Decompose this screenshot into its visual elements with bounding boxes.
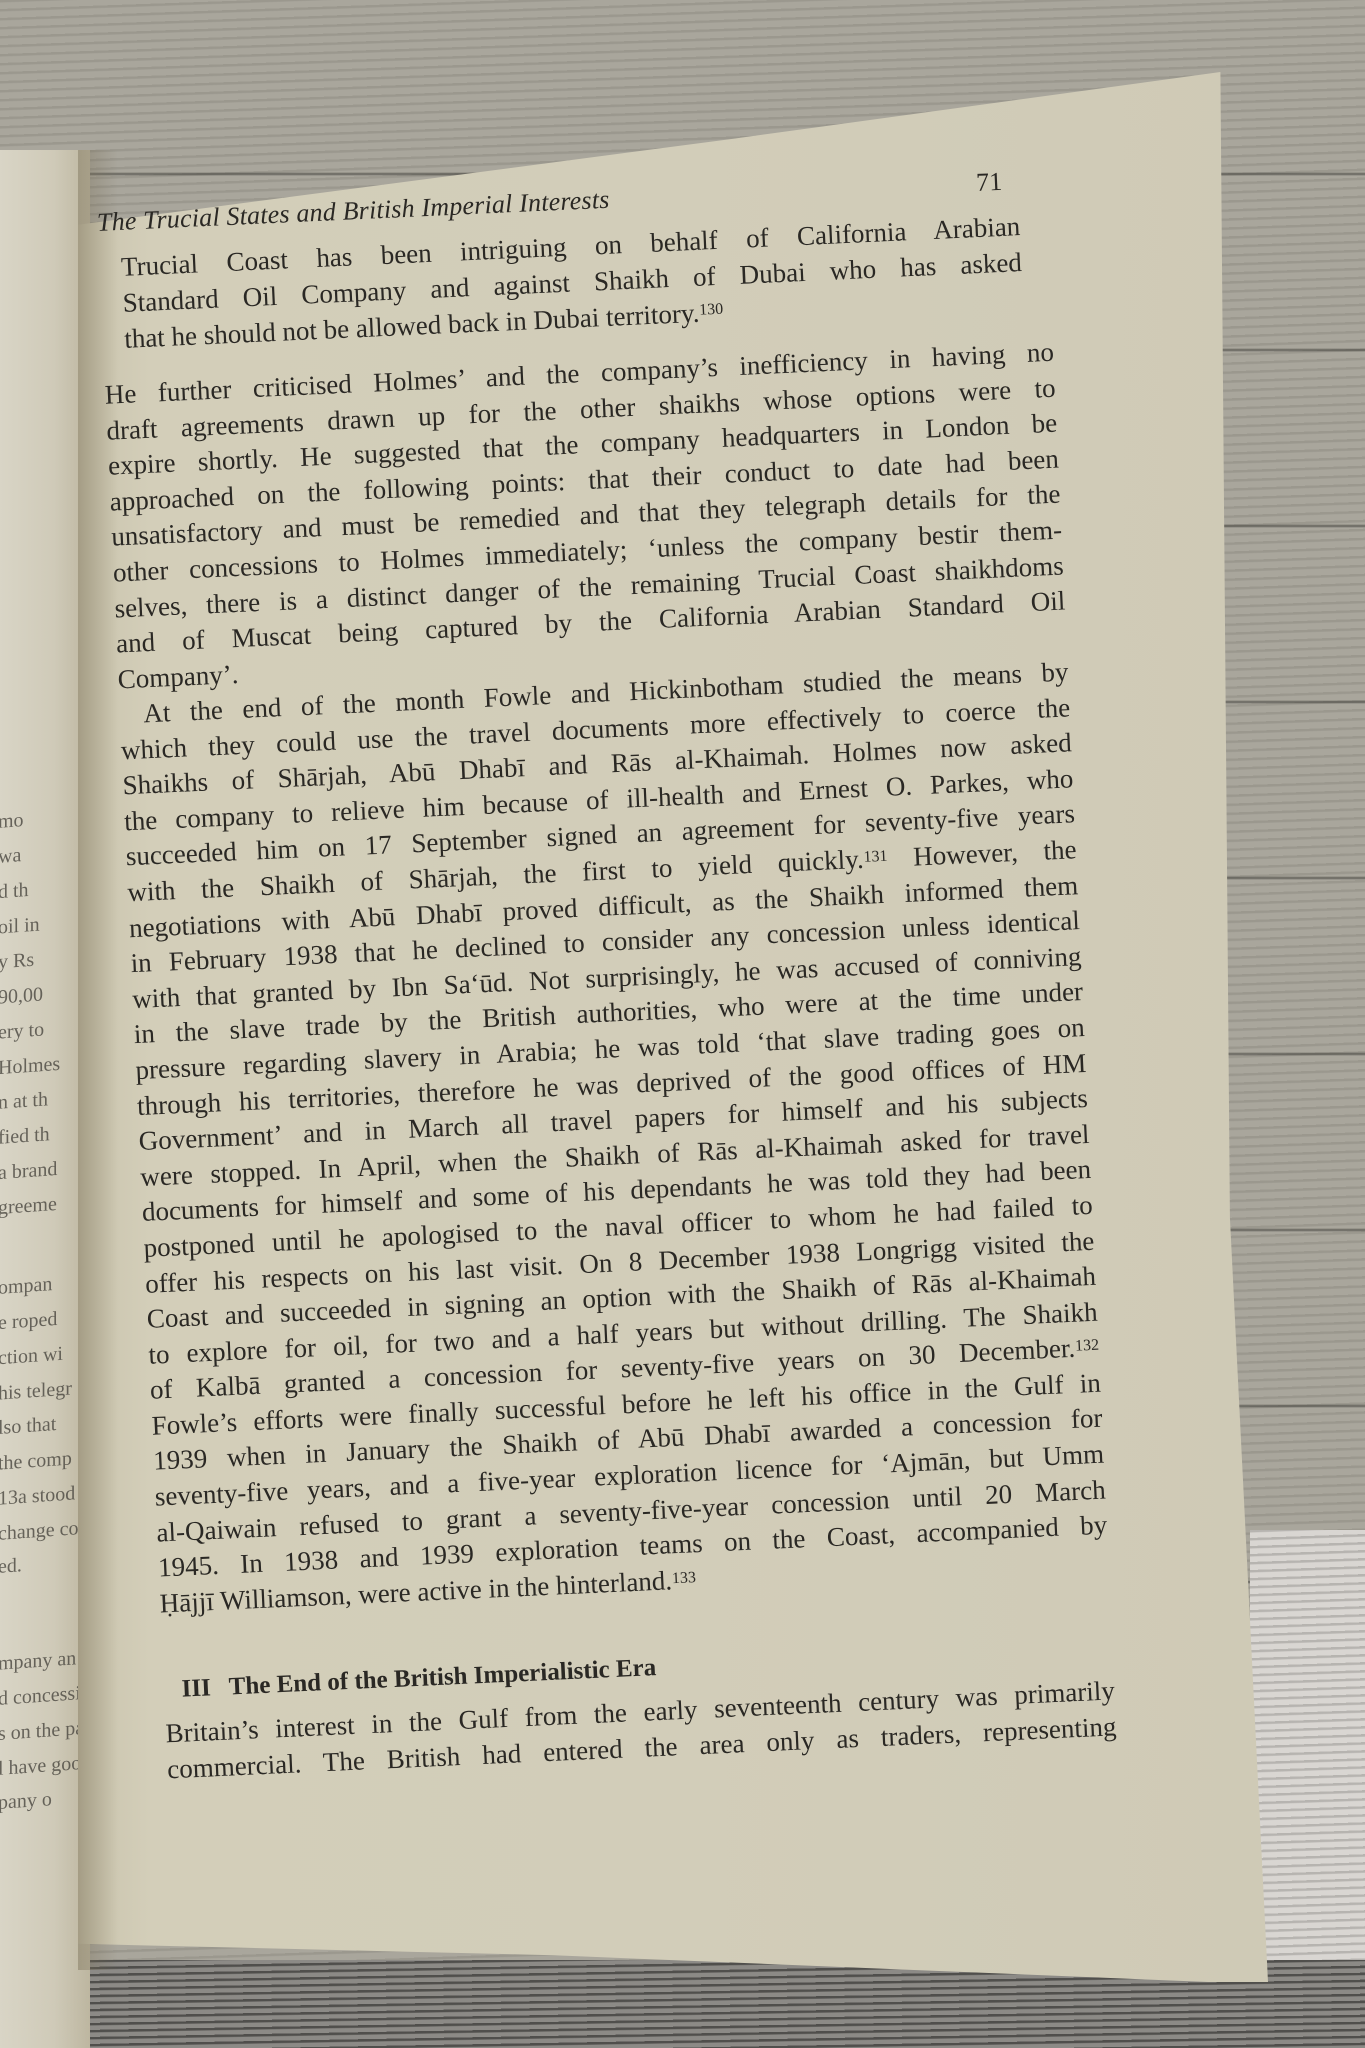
left-fragment: e roped [0, 1308, 57, 1335]
page-number: 71 [975, 167, 1002, 198]
paragraph-2: At the end of the month Fowle and Hickin… [119, 654, 1110, 1622]
left-fragment: d th [0, 879, 29, 904]
left-fragment: n at th [0, 1088, 48, 1114]
left-fragment: greeme [0, 1193, 57, 1220]
paragraph-1: He further criticised Holmes’ and the co… [104, 335, 1068, 698]
text-line-content: However, the [913, 834, 1078, 871]
left-fragment: ery to [0, 1018, 44, 1044]
left-fragment: ompan [0, 1273, 52, 1300]
left-fragment: Holmes [0, 1053, 60, 1080]
footnote-ref[interactable]: 131 [863, 848, 888, 866]
left-fragment: 13a stood [0, 1482, 75, 1510]
left-fragment: lso that [0, 1413, 56, 1440]
footnote-ref[interactable]: 130 [699, 301, 724, 319]
left-fragment: fied th [0, 1123, 50, 1150]
left-fragment: y Rs [0, 949, 34, 975]
section-number: III [181, 1674, 211, 1702]
left-fragment: mo [0, 809, 24, 834]
footnote-ref[interactable]: 133 [672, 1569, 697, 1587]
left-fragment: pany o [0, 1788, 52, 1815]
footnote-ref[interactable]: 132 [1075, 1337, 1100, 1355]
left-fragment: mpany an [0, 1647, 76, 1675]
left-fragment: change co [0, 1517, 79, 1546]
left-fragment: his telegr [0, 1377, 72, 1405]
left-fragment: d concessi [0, 1682, 81, 1711]
left-fragment: l have goo [0, 1752, 81, 1781]
left-fragment: the comp [0, 1447, 72, 1475]
left-fragment: 90,00 [0, 983, 43, 1009]
left-fragment: wa [0, 844, 21, 869]
left-facing-page: mo wa d th oil in y Rs 90,00 ery to Holm… [0, 150, 90, 2048]
left-fragment: oil in [0, 914, 40, 940]
left-fragment: ction wi [0, 1343, 63, 1371]
left-fragment: a brand [0, 1158, 57, 1185]
left-fragment: s on the pa [0, 1717, 84, 1746]
left-fragment: ed. [0, 1554, 22, 1579]
